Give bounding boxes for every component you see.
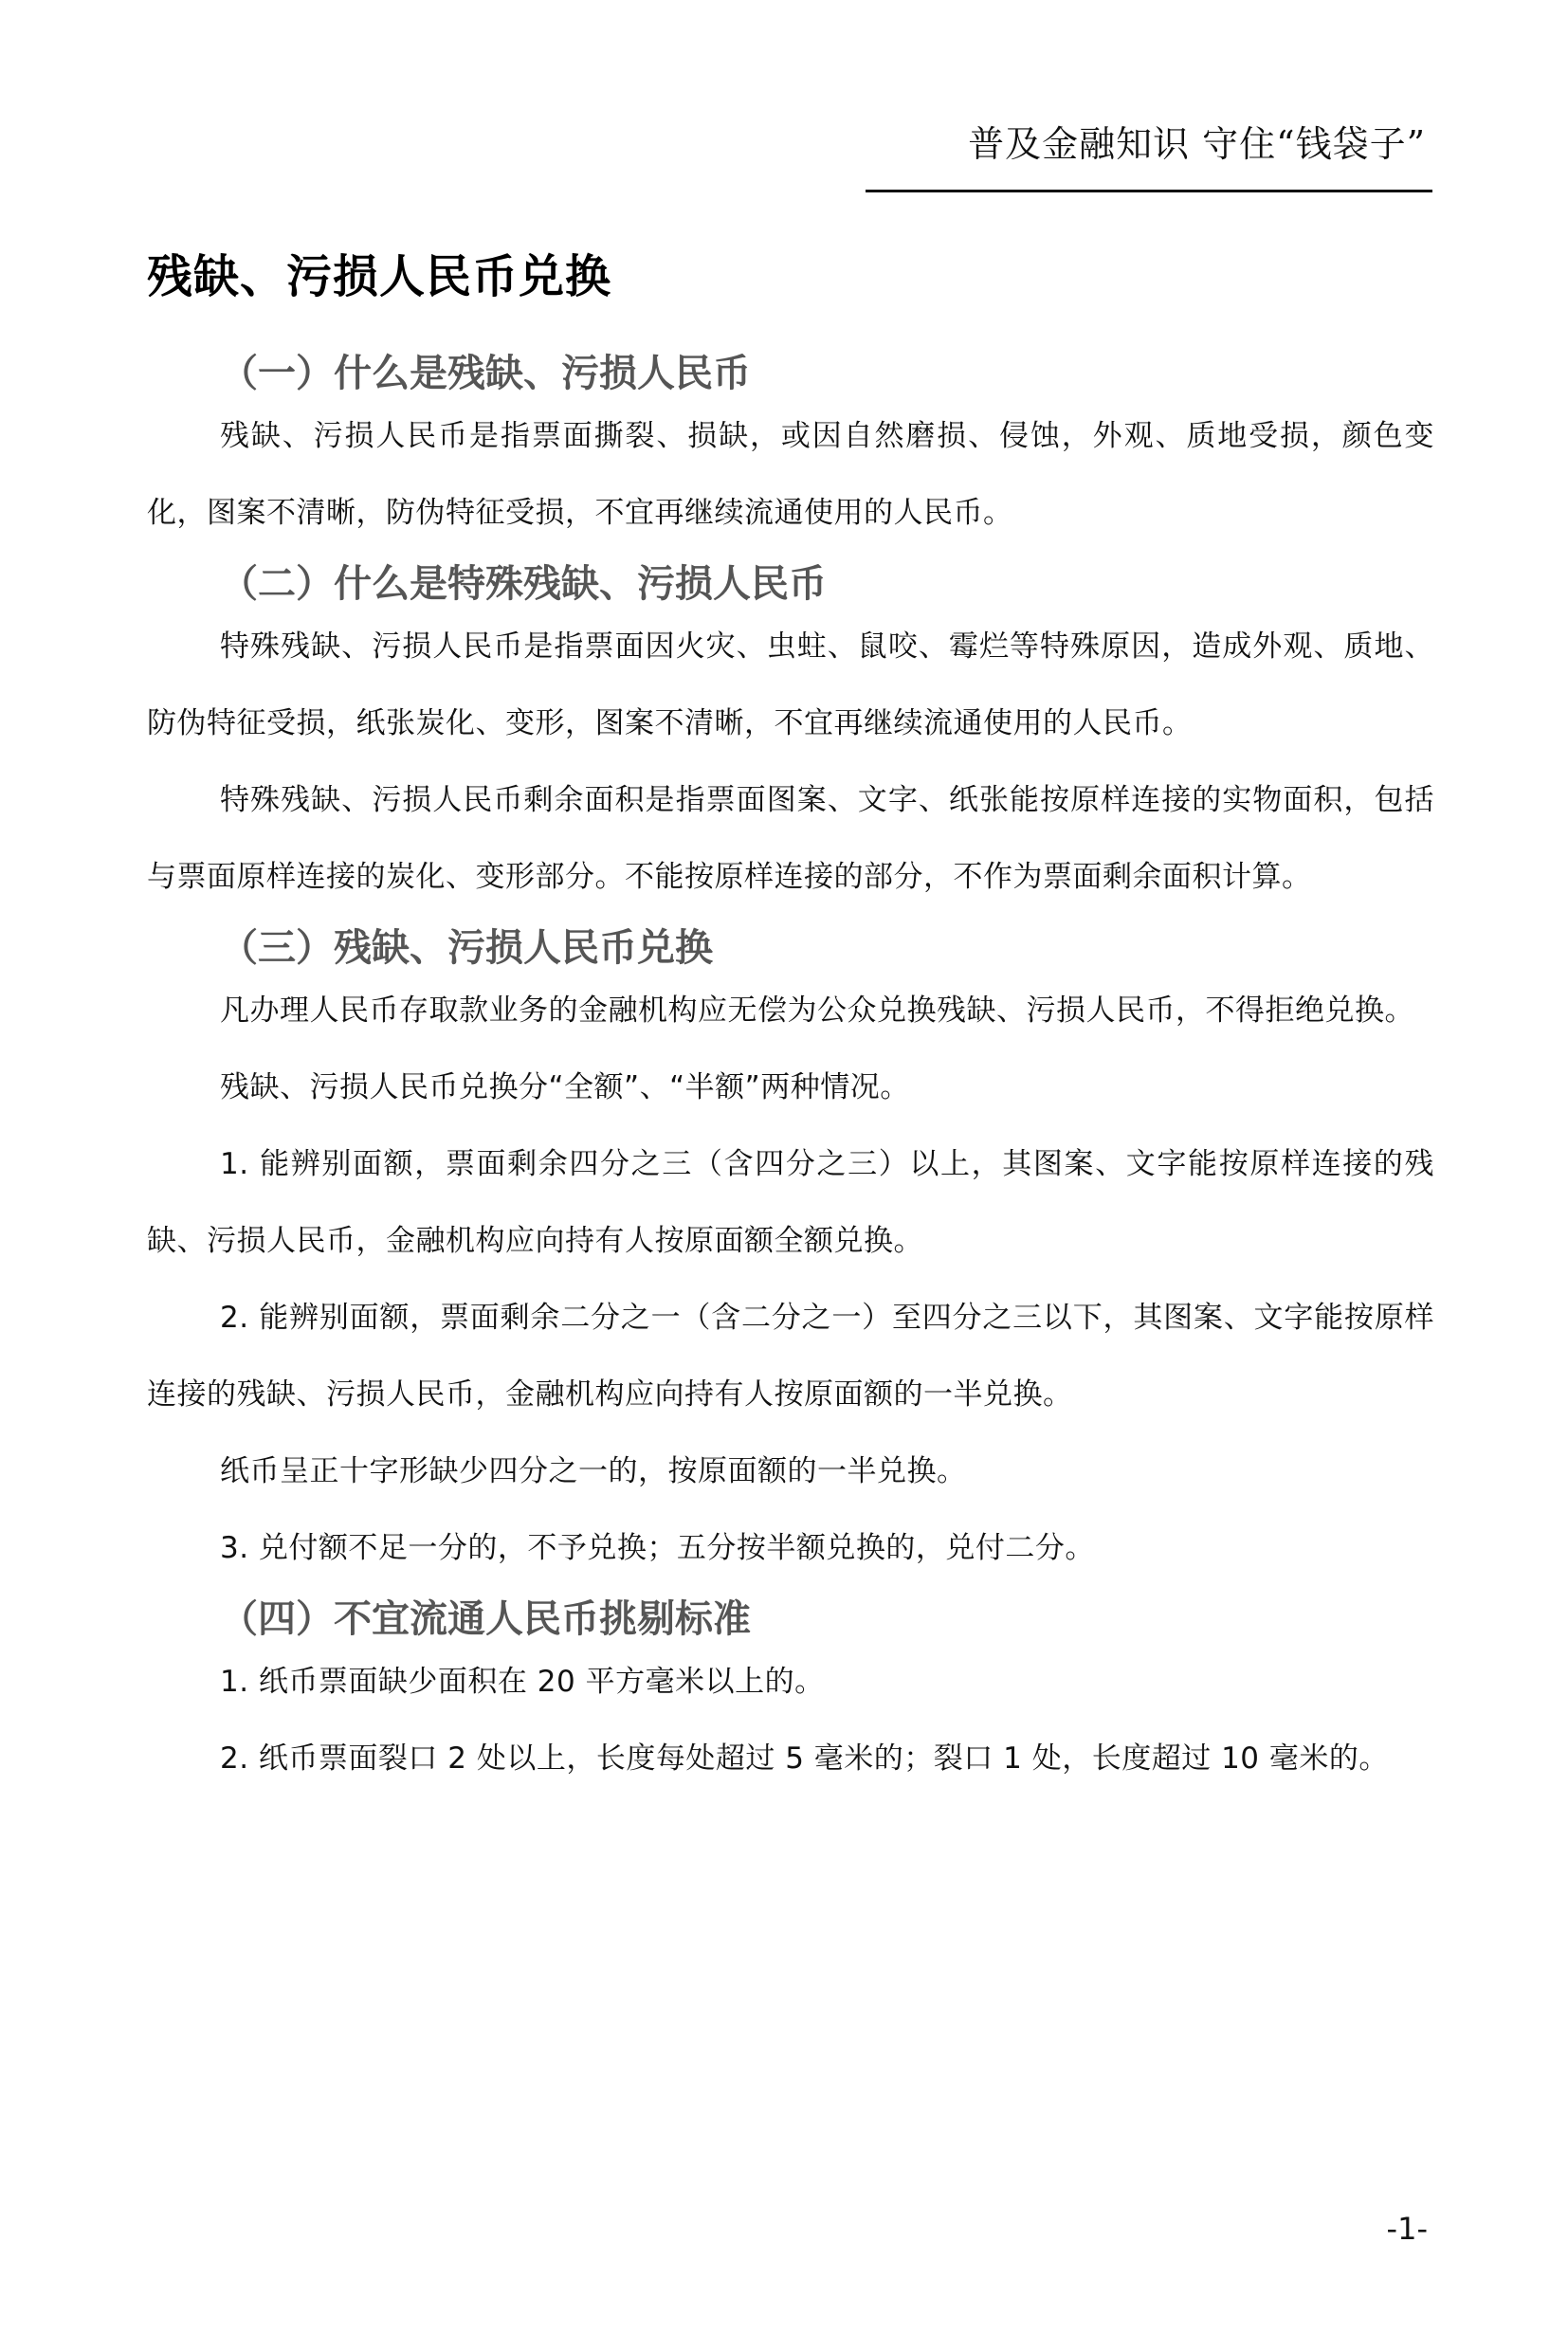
paragraph: 纸币呈正十字形缺少四分之一的，按原面额的一半兑换。 xyxy=(147,1433,1434,1510)
page-number: -1- xyxy=(1387,2211,1428,2247)
section-1: （一）什么是残缺、污损人民币 残缺、污损人民币是指票面撕裂、损缺，或因自然磨损、… xyxy=(147,347,1434,552)
section-3: （三）残缺、污损人民币兑换 凡办理人民币存取款业务的金融机构应无偿为公众兑换残缺… xyxy=(147,921,1434,1587)
paragraph: 凡办理人民币存取款业务的金融机构应无偿为公众兑换残缺、污损人民币，不得拒绝兑换。 xyxy=(147,973,1434,1049)
paragraph: 2. 纸币票面裂口 2 处以上，长度每处超过 5 毫米的；裂口 1 处，长度超过… xyxy=(147,1721,1434,1797)
header-title: 普及金融知识 守住“钱袋子” xyxy=(863,121,1431,167)
paragraph: 1. 纸币票面缺少面积在 20 平方毫米以上的。 xyxy=(147,1644,1434,1721)
document-title: 残缺、污损人民币兑换 xyxy=(147,248,611,305)
paragraph: 3. 兑付额不足一分的，不予兑换；五分按半额兑换的，兑付二分。 xyxy=(147,1510,1434,1587)
section-2: （二）什么是特殊残缺、污损人民币 特殊残缺、污损人民币是指票面因火灾、虫蛀、鼠咬… xyxy=(147,557,1434,916)
header-divider xyxy=(866,190,1432,192)
document-body: （一）什么是残缺、污损人民币 残缺、污损人民币是指票面撕裂、损缺，或因自然磨损、… xyxy=(147,341,1434,1797)
section-heading: （一）什么是残缺、污损人民币 xyxy=(147,347,1434,400)
section-heading: （三）残缺、污损人民币兑换 xyxy=(147,921,1434,975)
page-header: 普及金融知识 守住“钱袋子” xyxy=(863,121,1431,192)
section-heading: （四）不宜流通人民币挑剔标准 xyxy=(147,1593,1434,1646)
paragraph: 特殊残缺、污损人民币剩余面积是指票面图案、文字、纸张能按原样连接的实物面积，包括… xyxy=(147,762,1434,916)
section-heading: （二）什么是特殊残缺、污损人民币 xyxy=(147,557,1434,611)
section-4: （四）不宜流通人民币挑剔标准 1. 纸币票面缺少面积在 20 平方毫米以上的。 … xyxy=(147,1593,1434,1797)
paragraph: 1. 能辨别面额，票面剩余四分之三（含四分之三）以上，其图案、文字能按原样连接的… xyxy=(147,1126,1434,1280)
paragraph: 特殊残缺、污损人民币是指票面因火灾、虫蛀、鼠咬、霉烂等特殊原因，造成外观、质地、… xyxy=(147,609,1434,762)
paragraph: 2. 能辨别面额，票面剩余二分之一（含二分之一）至四分之三以下，其图案、文字能按… xyxy=(147,1280,1434,1433)
paragraph: 残缺、污损人民币兑换分“全额”、“半额”两种情况。 xyxy=(147,1049,1434,1126)
paragraph: 残缺、污损人民币是指票面撕裂、损缺，或因自然磨损、侵蚀，外观、质地受损，颜色变化… xyxy=(147,398,1434,552)
